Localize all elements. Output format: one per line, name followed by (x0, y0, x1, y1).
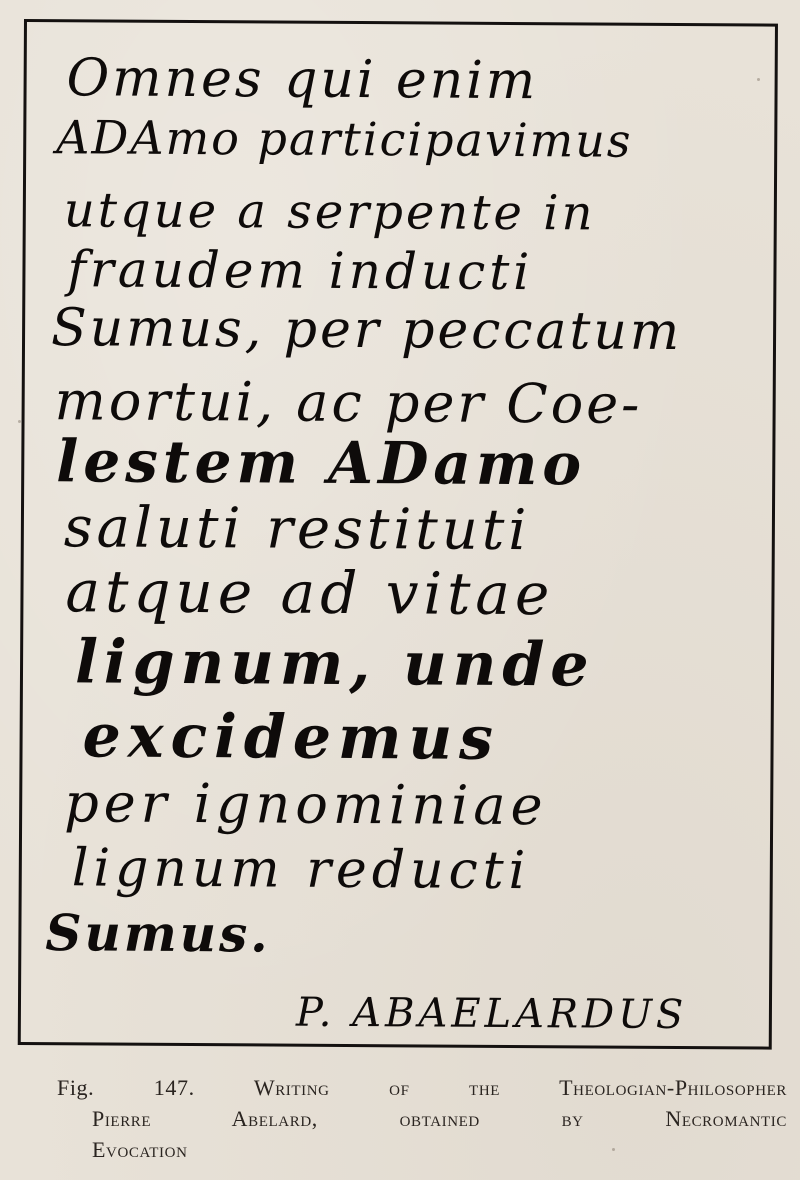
handwriting-line-5: Sumus, per peccatum (51, 302, 682, 358)
handwriting-line-8: saluti restituti (64, 500, 531, 559)
caption-line-3: Evocation (57, 1134, 787, 1165)
caption-line-2: Pierre Abelard, obtained by Necromantic (57, 1103, 787, 1134)
figure-label: Fig. 147. (57, 1075, 195, 1100)
caption-title-text: Writing of the Theologian-Philosopher (254, 1075, 787, 1100)
handwriting-line-14: Sumus. (45, 908, 271, 959)
handwriting-line-10: lignum, unde (75, 632, 595, 695)
handwriting-line-13: lignum reducti (72, 842, 531, 897)
caption-line-1: Fig. 147. Writing of the Theologian-Phil… (57, 1072, 787, 1103)
handwriting-line-6: mortui, ac per Coe- (55, 374, 643, 432)
manuscript-frame: Omnes qui enim ADAmo participavimus utqu… (18, 19, 778, 1050)
handwriting-line-12: per ignominiae (64, 776, 548, 833)
handwriting-line-7: lestem ADamo (56, 432, 586, 493)
handwriting-line-2: ADAmo participavimus (56, 114, 632, 164)
signature: P. ABAELARDUS (296, 990, 688, 1038)
handwritten-latin-text: Omnes qui enim ADAmo participavimus utqu… (21, 22, 775, 1047)
handwriting-line-3: utque a serpente in (64, 186, 596, 237)
handwriting-line-1: Omnes qui enim (66, 52, 538, 107)
handwriting-line-4: fraudem inducti (67, 244, 533, 297)
handwriting-line-11: excidemus (82, 706, 500, 769)
figure-caption: Fig. 147. Writing of the Theologian-Phil… (57, 1072, 787, 1165)
book-page: Omnes qui enim ADAmo participavimus utqu… (0, 0, 800, 1180)
handwriting-line-9: atque ad vitae (65, 562, 554, 623)
